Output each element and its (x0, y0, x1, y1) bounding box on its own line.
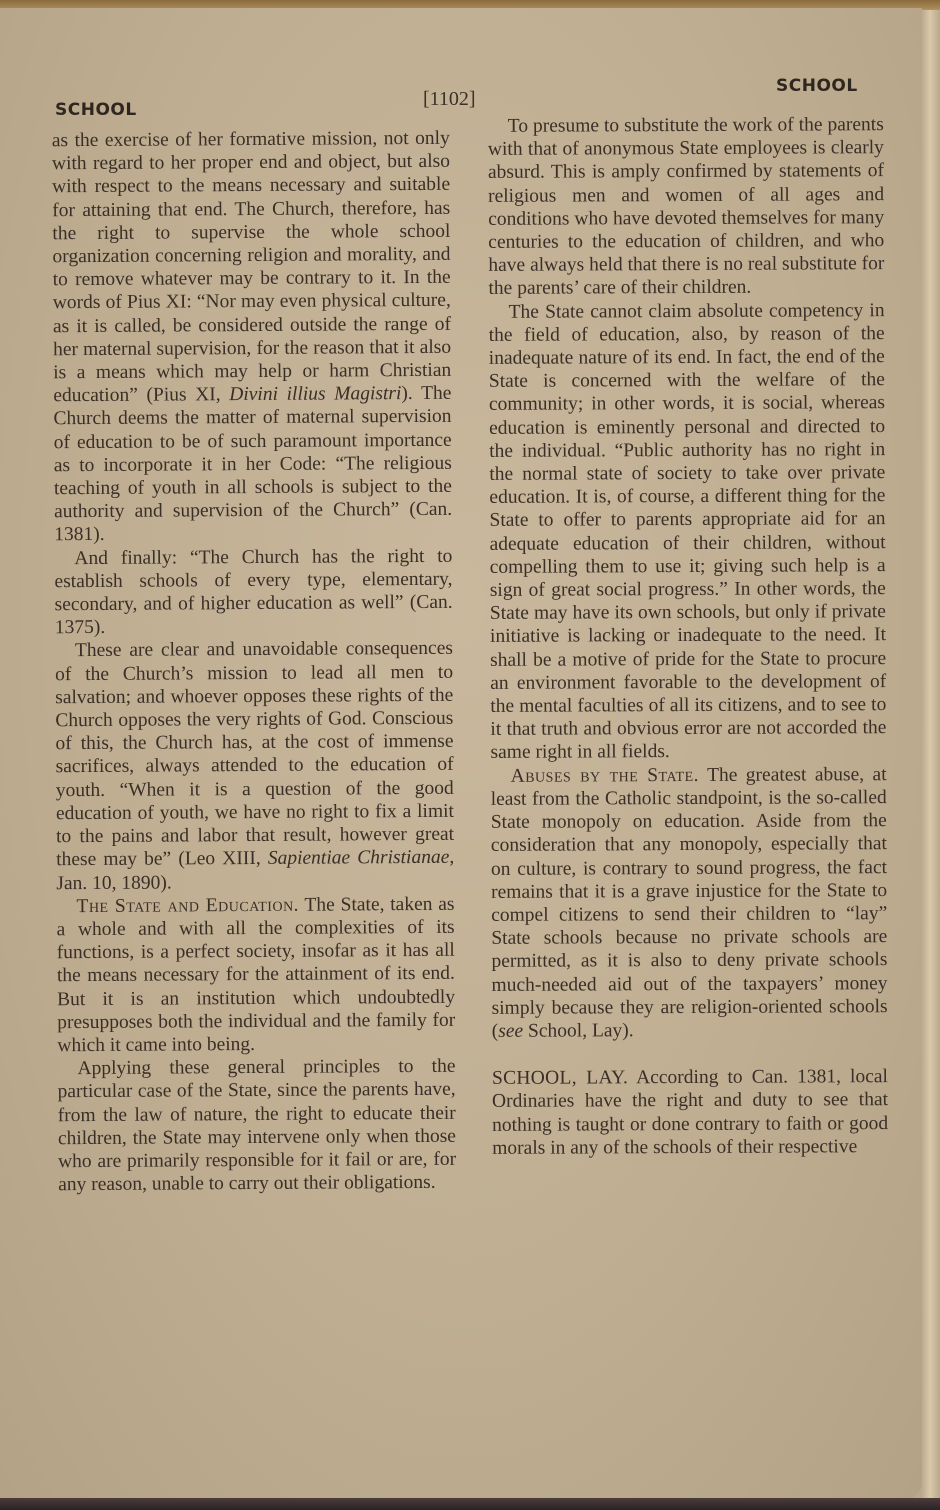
left-column: as the exercise of her formative mission… (52, 127, 457, 1197)
running-head-right: SCHOOL (776, 76, 858, 96)
section-heading: Abuses by the State. (511, 765, 699, 787)
paragraph: The State and Education. The State, take… (56, 892, 455, 1057)
entry-heading: SCHOOL, LAY. (492, 1067, 628, 1089)
see-reference: see (498, 1021, 523, 1042)
italic-title: Divini illius Magistri (229, 383, 401, 405)
page-fore-edge (922, 10, 940, 1500)
page-number: [1102] (423, 88, 476, 111)
paragraph: Abuses by the State. The greatest abuse,… (491, 763, 888, 1043)
paragraph: as the exercise of her formative mission… (52, 127, 453, 547)
paragraph: Applying these general principles to the… (57, 1055, 456, 1197)
page-bottom-shadow (0, 1498, 940, 1510)
paragraph: The State cannot claim absolute competen… (489, 299, 887, 765)
italic-title: Sapientiae Christianae (268, 847, 450, 869)
paragraph: These are clear and unavoidable conseque… (55, 637, 455, 895)
running-head-left: SCHOOL (55, 100, 137, 120)
paragraph: And finally: “The Church has the right t… (54, 544, 453, 639)
right-column: To presume to substitute the work of the… (488, 113, 889, 1160)
dictionary-entry: SCHOOL, LAY. According to Can. 1381, loc… (492, 1065, 888, 1160)
section-heading: The State and Education. (76, 894, 299, 916)
paragraph: To presume to substitute the work of the… (488, 113, 885, 300)
